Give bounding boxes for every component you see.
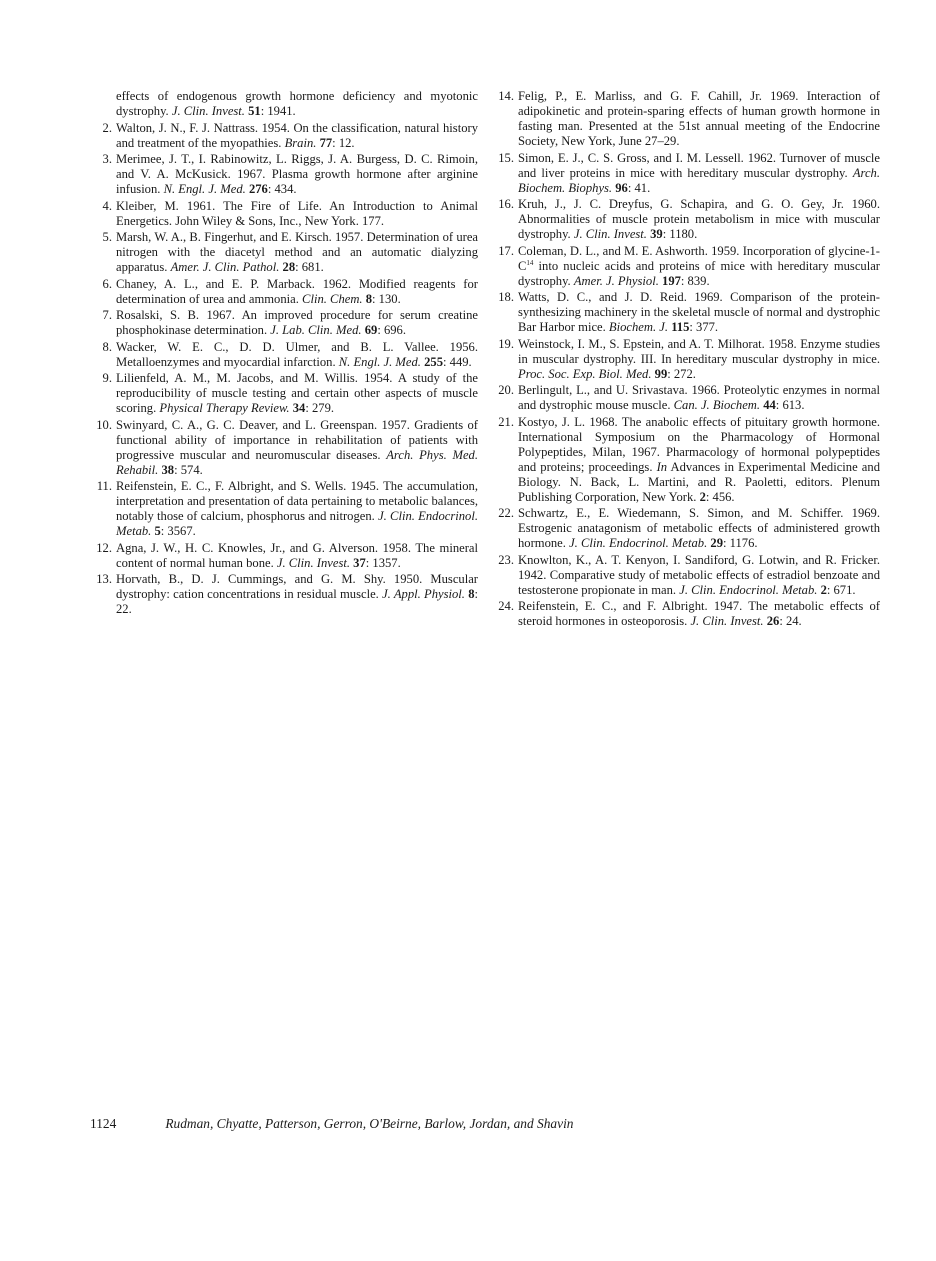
journal-title: J. Clin. Endocrinol. Metab.	[679, 583, 817, 597]
reference-entry: 11.Reifenstein, E. C., F. Albright, and …	[116, 479, 478, 539]
reference-text: : 24.	[779, 614, 801, 628]
journal-title: In	[657, 460, 668, 474]
reference-text: : 839.	[681, 274, 710, 288]
volume-number: 197	[662, 274, 681, 288]
journal-title: J. Lab. Clin. Med.	[270, 323, 361, 337]
reference-text: : 613.	[776, 398, 805, 412]
reference-entry: 13.Horvath, B., D. J. Cummings, and G. M…	[116, 572, 478, 617]
reference-number: 23.	[492, 553, 514, 568]
journal-title: N. Engl. J. Med.	[339, 355, 421, 369]
page-number: 1124	[90, 1116, 162, 1132]
volume-number: 29	[710, 536, 723, 550]
journal-title: J. Clin. Invest.	[690, 614, 763, 628]
reference-text: : 130.	[372, 292, 401, 306]
journal-title: Physical Therapy Review.	[159, 401, 289, 415]
reference-text: : 434.	[268, 182, 297, 196]
reference-number: 9.	[90, 371, 112, 386]
reference-text: : 696.	[377, 323, 406, 337]
reference-number: 22.	[492, 506, 514, 521]
journal-title: Can. J. Biochem.	[674, 398, 760, 412]
reference-number: 12.	[90, 541, 112, 556]
journal-title: Brain.	[285, 136, 317, 150]
reference-text: : 449.	[443, 355, 472, 369]
reference-text: Kruh, J., J. C. Dreyfus, G. Schapira, an…	[518, 197, 880, 241]
reference-text: : 1180.	[663, 227, 698, 241]
reference-entry: 2.Walton, J. N., F. J. Nattrass. 1954. O…	[116, 121, 478, 151]
reference-text: : 671.	[827, 583, 856, 597]
reference-number: 15.	[492, 151, 514, 166]
reference-entry: 4.Kleiber, M. 1961. The Fire of Life. An…	[116, 199, 478, 229]
volume-number: 96	[615, 181, 628, 195]
reference-text: Chaney, A. L., and E. P. Marback. 1962. …	[116, 277, 478, 306]
reference-entry: 6.Chaney, A. L., and E. P. Marback. 1962…	[116, 277, 478, 307]
reference-text: : 12.	[332, 136, 354, 150]
reference-number: 17.	[492, 244, 514, 259]
volume-number: 115	[671, 320, 689, 334]
journal-title: J. Clin. Invest.	[277, 556, 350, 570]
reference-number: 3.	[90, 152, 112, 167]
reference-text: : 377.	[689, 320, 718, 334]
volume-number: 69	[365, 323, 378, 337]
volume-number: 28	[283, 260, 296, 274]
reference-text: : 456.	[706, 490, 735, 504]
reference-text: : 272.	[667, 367, 696, 381]
journal-title: Proc. Soc. Exp. Biol. Med.	[518, 367, 651, 381]
reference-entry: effects of endogenous growth hormone def…	[116, 89, 478, 119]
journal-title: J. Clin. Endocrinol. Metab.	[569, 536, 707, 550]
reference-number: 6.	[90, 277, 112, 292]
journal-title: Clin. Chem.	[302, 292, 363, 306]
reference-text: : 279.	[305, 401, 334, 415]
reference-entry: 10.Swinyard, C. A., G. C. Deaver, and L.…	[116, 418, 478, 478]
reference-text: : 1941.	[261, 104, 296, 118]
reference-number: 18.	[492, 290, 514, 305]
journal-title: J. Clin. Invest.	[172, 104, 245, 118]
reference-entry: 17.Coleman, D. L., and M. E. Ashworth. 1…	[518, 244, 880, 289]
volume-number: 255	[424, 355, 443, 369]
reference-entry: 7.Rosalski, S. B. 1967. An improved proc…	[116, 308, 478, 338]
reference-text: Kleiber, M. 1961. The Fire of Life. An I…	[116, 199, 478, 228]
reference-text: : 1176.	[723, 536, 758, 550]
reference-number: 13.	[90, 572, 112, 587]
journal-title: Biochem. J.	[609, 320, 668, 334]
journal-title: J. Clin. Invest.	[574, 227, 647, 241]
reference-number: 21.	[492, 415, 514, 430]
reference-list-left-column: effects of endogenous growth hormone def…	[116, 89, 478, 619]
reference-number: 10.	[90, 418, 112, 433]
volume-number: 34	[293, 401, 306, 415]
reference-text: : 574.	[174, 463, 203, 477]
volume-number: 77	[320, 136, 333, 150]
reference-text: : 3567.	[161, 524, 196, 538]
reference-entry: 9.Lilienfeld, A. M., M. Jacobs, and M. W…	[116, 371, 478, 416]
reference-text: Weinstock, I. M., S. Epstein, and A. T. …	[518, 337, 880, 366]
reference-number: 24.	[492, 599, 514, 614]
volume-number: 26	[767, 614, 780, 628]
journal-title: N. Engl. J. Med.	[164, 182, 246, 196]
reference-text: Felig, P., E. Marliss, and G. F. Cahill,…	[518, 89, 880, 148]
page-footer: 1124 Rudman, Chyatte, Patterson, Gerron,…	[90, 1116, 574, 1132]
reference-entry: 14.Felig, P., E. Marliss, and G. F. Cahi…	[518, 89, 880, 149]
journal-title: J. Appl. Physiol.	[382, 587, 465, 601]
reference-number: 16.	[492, 197, 514, 212]
volume-number: 276	[249, 182, 268, 196]
journal-title: Amer. J. Clin. Pathol.	[171, 260, 280, 274]
volume-number: 99	[655, 367, 668, 381]
reference-entry: 15.Simon, E. J., C. S. Gross, and I. M. …	[518, 151, 880, 196]
reference-number: 8.	[90, 340, 112, 355]
reference-entry: 18.Watts, D. C., and J. D. Reid. 1969. C…	[518, 290, 880, 335]
reference-text: : 41.	[628, 181, 650, 195]
reference-entry: 22.Schwartz, E., E. Wiedemann, S. Simon,…	[518, 506, 880, 551]
journal-title: Amer. J. Physiol.	[574, 274, 659, 288]
reference-number: 2.	[90, 121, 112, 136]
reference-number: 5.	[90, 230, 112, 245]
reference-entry: 19.Weinstock, I. M., S. Epstein, and A. …	[518, 337, 880, 382]
volume-number: 37	[353, 556, 366, 570]
reference-number: 7.	[90, 308, 112, 323]
reference-text: Simon, E. J., C. S. Gross, and I. M. Les…	[518, 151, 880, 180]
reference-text: effects of endogenous growth hormone def…	[116, 89, 478, 118]
reference-number: 11.	[90, 479, 112, 494]
volume-number: 51	[248, 104, 261, 118]
volume-number: 38	[161, 463, 174, 477]
reference-entry: 24.Reifenstein, E. C., and F. Albright. …	[518, 599, 880, 629]
reference-text: : 681.	[295, 260, 324, 274]
reference-entry: 21.Kostyo, J. L. 1968. The anabolic effe…	[518, 415, 880, 505]
reference-entry: 16.Kruh, J., J. C. Dreyfus, G. Schapira,…	[518, 197, 880, 242]
running-author-line: Rudman, Chyatte, Patterson, Gerron, O'Be…	[165, 1116, 573, 1131]
reference-number: 14.	[492, 89, 514, 104]
reference-number: 20.	[492, 383, 514, 398]
reference-number: 4.	[90, 199, 112, 214]
reference-text: : 1357.	[366, 556, 401, 570]
reference-number: 19.	[492, 337, 514, 352]
reference-entry: 12.Agna, J. W., H. C. Knowles, Jr., and …	[116, 541, 478, 571]
reference-entry: 20.Berlingult, L., and U. Srivastava. 19…	[518, 383, 880, 413]
reference-entry: 23.Knowlton, K., A. T. Kenyon, I. Sandif…	[518, 553, 880, 598]
volume-number: 44	[763, 398, 776, 412]
volume-number: 39	[650, 227, 663, 241]
reference-list-right-column: 14.Felig, P., E. Marliss, and G. F. Cahi…	[518, 89, 880, 631]
reference-entry: 5.Marsh, W. A., B. Fingerhut, and E. Kir…	[116, 230, 478, 275]
reference-entry: 3.Merimee, J. T., I. Rabinowitz, L. Rigg…	[116, 152, 478, 197]
reference-entry: 8.Wacker, W. E. C., D. D. Ulmer, and B. …	[116, 340, 478, 370]
